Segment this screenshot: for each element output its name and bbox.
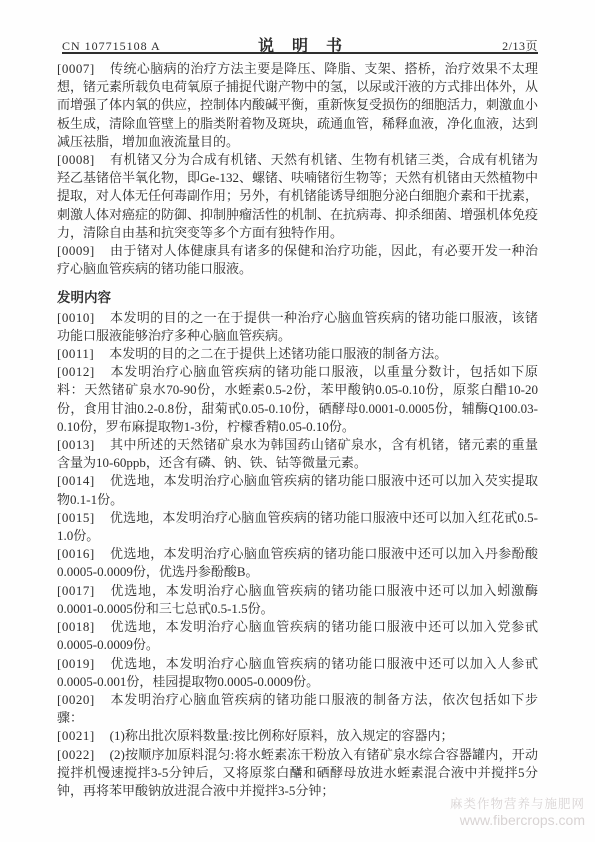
paragraph-number: [0012]: [57, 364, 110, 379]
watermark: 麻类作物营养与施肥网 www.fibercrops.com: [450, 797, 585, 828]
paragraph-text: 本发明的目的之二在于提供上述锗功能口服液的制备方法。: [109, 346, 447, 361]
paragraph: [0014]优选地，本发明治疗心脑血管疾病的锗功能口服液中还可以加入芡实提取物0…: [57, 472, 538, 508]
header-divider: [62, 52, 538, 54]
paragraph-text: 优选地，本发明治疗心脑血管疾病的锗功能口服液中还可以加入蚓激酶0.0001-0.…: [57, 583, 538, 616]
paragraph-number: [0011]: [57, 346, 109, 361]
paragraph: [0020]本发明治疗心脑血管疾病的锗功能口服液的制备方法，依次包括如下步骤：: [57, 691, 538, 727]
paragraph-number: [0017]: [57, 583, 110, 598]
paragraph: [0011]本发明的目的之二在于提供上述锗功能口服液的制备方法。: [57, 345, 538, 363]
paragraph: [0012]本发明治疗心脑血管疾病的锗功能口服液，以重量分数计，包括如下原料：天…: [57, 363, 538, 436]
paragraph-number: [0019]: [57, 656, 110, 671]
paragraph-text: 本发明的目的之一在于提供一种治疗心脑血管疾病的锗功能口服液，该锗功能口服液能够治…: [57, 310, 538, 343]
paragraph-text: 优选地，本发明治疗心脑血管疾病的锗功能口服液中还可以加入红花甙0.5-1.0份。: [57, 510, 538, 543]
paragraph-number: [0013]: [57, 437, 110, 452]
paragraph-number: [0016]: [57, 546, 110, 561]
paragraph: [0010]本发明的目的之一在于提供一种治疗心脑血管疾病的锗功能口服液，该锗功能…: [57, 309, 538, 345]
paragraph: [0015]优选地，本发明治疗心脑血管疾病的锗功能口服液中还可以加入红花甙0.5…: [57, 509, 538, 545]
sheet-number: 4: [0, 765, 595, 780]
watermark-site-name: 麻类作物营养与施肥网: [450, 797, 585, 812]
paragraph: [0018]优选地，本发明治疗心脑血管疾病的锗功能口服液中还可以加入党参甙0.0…: [57, 618, 538, 654]
paragraph-text: 优选地，本发明治疗心脑血管疾病的锗功能口服液中还可以加入芡实提取物0.1-1份。: [57, 473, 538, 506]
paragraph-text: 本发明治疗心脑血管疾病的锗功能口服液的制备方法，依次包括如下步骤：: [57, 692, 538, 725]
paragraph-number: [0008]: [57, 152, 110, 167]
paragraph-number: [0007]: [57, 61, 110, 76]
paragraph-number: [0021]: [57, 728, 110, 743]
paragraph-text: 优选地，本发明治疗心脑血管疾病的锗功能口服液中还可以加入党参甙0.0005-0.…: [57, 619, 538, 652]
content: [0007]传统心脑病的治疗方法主要是降压、降脂、支架、搭桥，治疗效果不太理想，…: [57, 60, 538, 800]
paragraph-text: 传统心脑病的治疗方法主要是降压、降脂、支架、搭桥，治疗效果不太理想，锗元素所载负…: [57, 61, 538, 149]
paragraph-text: 有机锗又分为合成有机锗、天然有机锗、生物有机锗三类，合成有机锗为羟乙基锗倍半氧化…: [57, 152, 538, 240]
paragraph-text: (1)称出批次原料数量:按比例称好原料，放入规定的容器内；: [110, 728, 454, 743]
paragraph-number: [0022]: [57, 747, 110, 762]
paragraph-text: 优选地，本发明治疗心脑血管疾病的锗功能口服液中还可以加入丹参酚酸0.0005-0…: [57, 546, 538, 579]
paragraph: [0013]其中所述的天然锗矿泉水为韩国药山锗矿泉水，含有机锗，锗元素的重量含量…: [57, 436, 538, 472]
patent-page: CN 107715108 A 说明书 2/13页 [0007]传统心脑病的治疗方…: [0, 0, 595, 842]
paragraph-number: [0010]: [57, 310, 110, 325]
paragraph-text: 由于锗对人体健康具有诸多的保健和治疗功能，因此，有必要开发一种治疗心脑血管疾病的…: [57, 243, 538, 276]
paragraph-number: [0018]: [57, 619, 110, 634]
paragraph: [0019]优选地，本发明治疗心脑血管疾病的锗功能口服液中还可以加入人参甙0.0…: [57, 655, 538, 691]
paragraph-text: 其中所述的天然锗矿泉水为韩国药山锗矿泉水，含有机锗，锗元素的重量含量为10-60…: [57, 437, 538, 470]
paragraph: [0007]传统心脑病的治疗方法主要是降压、降脂、支架、搭桥，治疗效果不太理想，…: [57, 60, 538, 151]
paragraph-number: [0020]: [57, 692, 110, 707]
page-header: CN 107715108 A 说明书 2/13页: [62, 34, 538, 54]
paragraph-text: 本发明治疗心脑血管疾病的锗功能口服液，以重量分数计，包括如下原料：天然锗矿泉水7…: [57, 364, 538, 434]
paragraph: [0021](1)称出批次原料数量:按比例称好原料，放入规定的容器内；: [57, 727, 538, 745]
paragraph: [0009]由于锗对人体健康具有诸多的保健和治疗功能，因此，有必要开发一种治疗心…: [57, 242, 538, 278]
paragraph-number: [0015]: [57, 510, 110, 525]
section-heading: 发明内容: [57, 289, 538, 307]
paragraph: [0017]优选地，本发明治疗心脑血管疾病的锗功能口服液中还可以加入蚓激酶0.0…: [57, 582, 538, 618]
paragraph-number: [0014]: [57, 473, 110, 488]
paragraph-number: [0009]: [57, 243, 110, 258]
paragraph: [0008]有机锗又分为合成有机锗、天然有机锗、生物有机锗三类，合成有机锗为羟乙…: [57, 151, 538, 242]
watermark-url: www.fibercrops.com: [450, 812, 585, 828]
paragraph-text: 优选地，本发明治疗心脑血管疾病的锗功能口服液中还可以加入人参甙0.0005-0.…: [57, 656, 538, 689]
paragraph: [0016]优选地，本发明治疗心脑血管疾病的锗功能口服液中还可以加入丹参酚酸0.…: [57, 545, 538, 581]
